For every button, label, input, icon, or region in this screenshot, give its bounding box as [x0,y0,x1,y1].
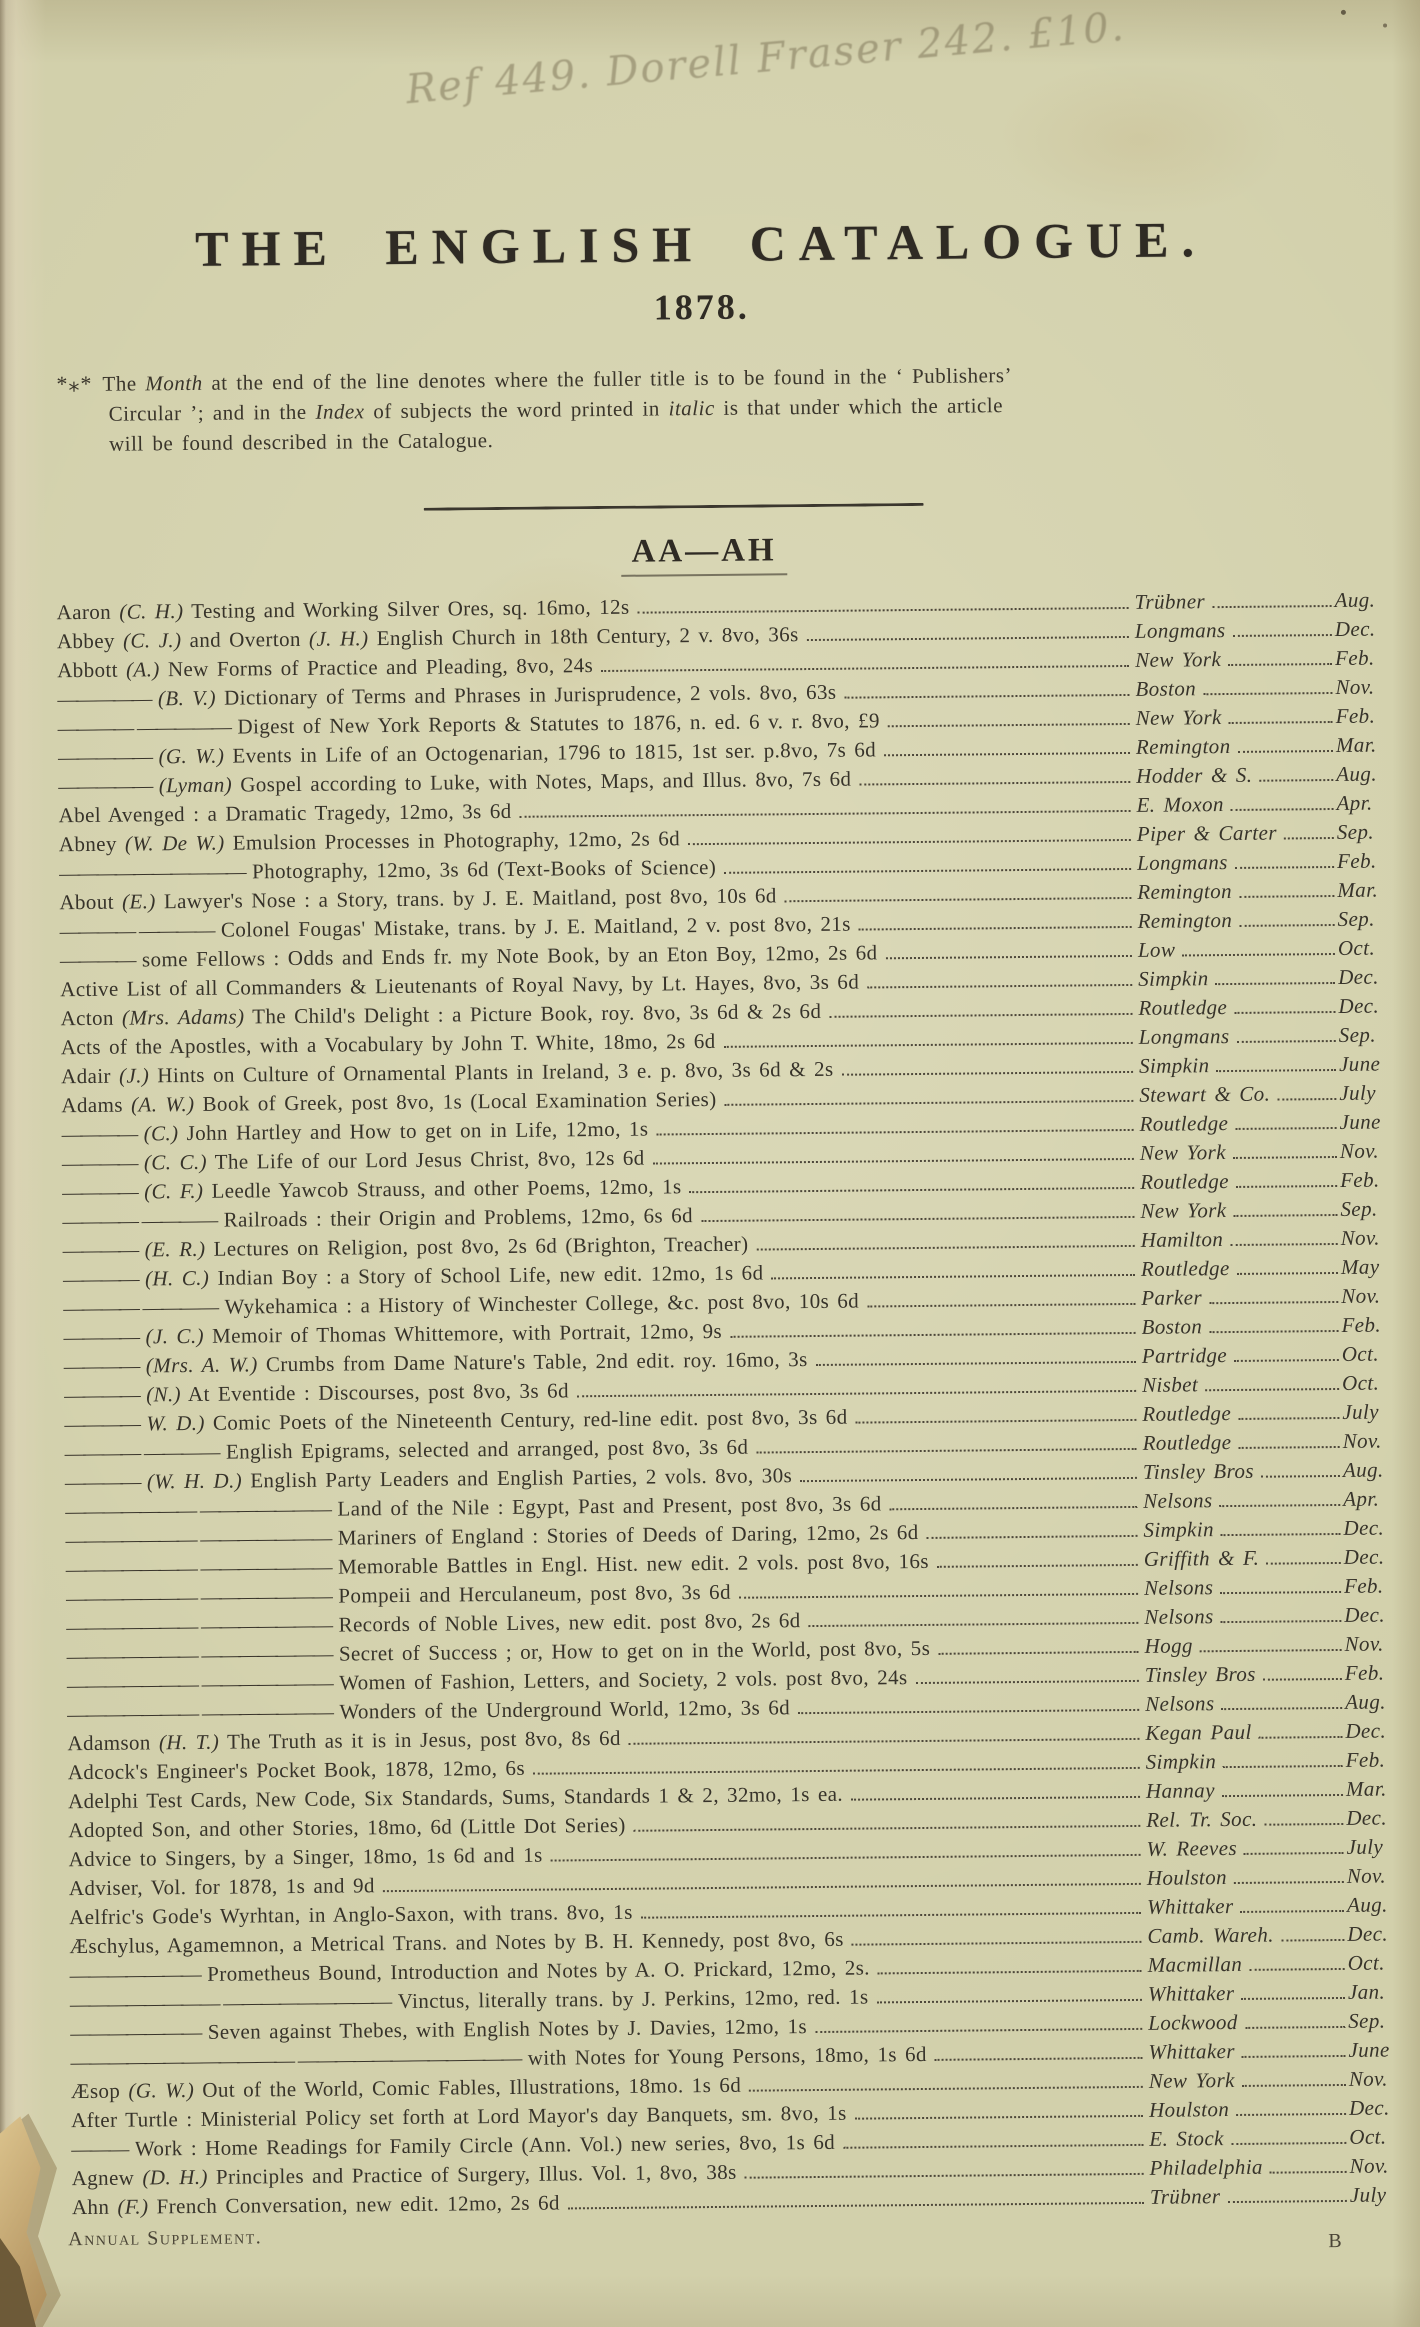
entry-publisher: New York [1135,644,1335,675]
dot-leader [601,664,1129,672]
dot-leader [1281,1938,1345,1942]
entry-dash: ——————— ——————— [66,1582,331,1614]
dot-leader [1245,2025,1345,2029]
entry-month: Sep. [1339,1020,1401,1050]
publisher-name: Macmillan [1148,1950,1243,1980]
dot-leader [1221,1706,1342,1710]
entry-dash: ———— ———— [63,1293,217,1323]
dot-leader [641,1911,1141,1919]
dot-leader [937,1563,1138,1568]
entry-month: July [1346,1832,1408,1862]
entry-publisher: Routledge [1138,992,1338,1023]
publisher-name: Nelsons [1145,1689,1215,1719]
entry-month: Oct. [1349,2122,1411,2152]
entry-title: Wykehamica : a History of Winchester Col… [224,1287,859,1322]
entry-month: May [1341,1252,1403,1282]
publisher-name: Routledge [1142,1399,1231,1429]
entry-publisher: Remington [1137,876,1337,907]
dot-leader [1264,1822,1343,1826]
dot-leader [1238,749,1333,753]
dot-leader [1237,1271,1338,1275]
entry-publisher: New York [1140,1195,1340,1226]
publisher-name: Tinsley Bros [1143,1457,1254,1487]
dot-leader [1263,1677,1342,1681]
entry-publisher: Whittaker [1148,2036,1348,2067]
publisher-name: Boston [1141,1312,1202,1342]
entry-month: Dec. [1345,1716,1407,1746]
entries-list: Aaron (C. H.) Testing and Working Silver… [56,585,1412,2222]
publisher-name: E. Moxon [1136,790,1224,820]
footer-row: Annual Supplement. [68,2215,1412,2258]
dot-leader [1231,2141,1347,2145]
dot-leader [1230,1242,1337,1246]
publisher-name: E. Stock [1149,2124,1224,2154]
dot-leader [1234,1358,1339,1362]
entry-month: Nov. [1342,1426,1404,1456]
entry-dash: ———— [64,1352,138,1382]
entry-title: Wonders of the Underground World, 12mo, … [339,1693,790,1726]
dot-leader [1231,807,1334,811]
publisher-name: Remington [1137,906,1232,936]
entry-month: Aug. [1336,759,1398,789]
divider-rule [424,503,924,511]
dot-leader [916,1679,1139,1684]
publisher-name: Nelsons [1143,1486,1213,1516]
dot-leader [1244,1851,1344,1855]
dot-leader [1222,1793,1343,1797]
dot-leader [1270,2170,1347,2174]
dot-leader [927,1534,1138,1539]
entry-dash: ——————— [70,2018,200,2048]
dot-leader [1233,633,1332,637]
entry-publisher: New York [1136,702,1336,733]
entry-dash: ———— [62,1149,136,1179]
dot-leader [1266,1561,1341,1565]
dot-leader [1249,1967,1344,1971]
entry-publisher: Parker [1141,1282,1341,1313]
dot-leader [1233,1213,1337,1217]
dot-leader [878,1969,1142,1975]
dot-leader [842,1070,1134,1076]
dot-leader [1236,1184,1337,1188]
publisher-name: New York [1136,703,1222,733]
publisher-name: Hamilton [1141,1225,1224,1255]
dot-leader [629,1737,1140,1745]
entry-publisher: Boston [1141,1311,1341,1342]
publisher-name: Camb. Wareh. [1147,1921,1274,1951]
entry-month: Sep. [1337,904,1399,934]
entry-dash: ———— [60,946,134,976]
asterism-mark: *⁎* [56,371,92,396]
entry-dash: ——————— [70,1960,200,1990]
entry-publisher: Hannay [1146,1775,1346,1806]
entry-dash: ——————— ——————— [67,1698,332,1730]
entry-month: Jan. [1348,1977,1410,2007]
dot-leader [1259,1735,1343,1739]
dot-leader [745,2172,1144,2179]
entry-publisher: Kegan Paul [1145,1717,1345,1748]
publisher-name: Rel. Tr. Soc. [1146,1805,1257,1835]
publisher-name: Griffith & F. [1144,1544,1260,1574]
dot-leader [1182,952,1335,956]
entry-dash: ————— [57,684,150,714]
entry-month: Feb. [1337,846,1399,876]
dot-leader [1238,1445,1339,1449]
publisher-name: Simpkin [1143,1515,1214,1545]
handwritten-pencil-note: Ref 449. Dorell Fraser 242. £10. [404,0,1384,113]
entry-publisher: Nelsons [1144,1572,1344,1603]
dot-leader [877,1998,1142,2004]
dot-leader [888,722,1130,727]
entry-publisher: Piper & Carter [1137,818,1337,849]
publisher-name: Houlston [1147,1863,1227,1893]
entry-month: Dec. [1346,1803,1408,1833]
entry-dash: ———— ————— [58,713,230,744]
entry-month: July [1342,1397,1404,1427]
entry-month: Feb. [1340,1165,1402,1195]
publisher-name: Nelsons [1144,1573,1214,1603]
publisher-name: New York [1140,1138,1226,1168]
dot-leader [771,1273,1135,1279]
entry-publisher: Hamilton [1141,1224,1341,1255]
entry-month: Sep. [1340,1194,1402,1224]
page-title: THE ENGLISH CATALOGUE. [0,208,1411,280]
dot-leader [520,809,1131,818]
publisher-name: Simpkin [1146,1747,1217,1777]
dot-leader [859,780,1130,786]
entry-month: Nov. [1341,1223,1403,1253]
dot-leader [843,2143,1143,2149]
entry-publisher: Routledge [1140,1166,1340,1197]
entry-dash: —————————— [59,857,244,888]
dot-leader [886,954,1132,959]
entry-publisher: Routledge [1139,1108,1339,1139]
entry-dash: ——————— ——————— [67,1669,332,1701]
dot-leader [1229,720,1333,724]
entry-publisher: Rel. Tr. Soc. [1146,1804,1346,1835]
dot-leader [859,925,1132,931]
entry-publisher: Whittaker [1148,1978,1348,2009]
entry-dash: ———— [64,1409,138,1439]
dot-leader [1284,836,1334,839]
publisher-name: Remington [1137,877,1232,907]
entry-publisher: Simpkin [1143,1514,1343,1545]
dot-leader [638,606,1129,614]
dot-leader [1220,1503,1341,1507]
dot-leader [1239,923,1334,927]
entry-publisher: E. Moxon [1136,789,1336,820]
publisher-name: Kegan Paul [1145,1718,1252,1748]
entry-dash: ———— [63,1323,137,1353]
publisher-name: Longmans [1139,1022,1230,1052]
entry-dash: ————— [58,771,151,801]
dot-leader [1221,1532,1341,1536]
ink-speck [1341,10,1346,15]
entry-month: Dec. [1344,1542,1406,1572]
entry-month: Nov. [1344,1629,1406,1659]
entry-dash: ——————— ——————— [65,1495,330,1527]
dot-leader [1277,1097,1336,1101]
entry-dash: ———— [63,1236,137,1266]
publisher-name: Tinsley Bros [1145,1660,1256,1690]
dot-leader [577,1389,1136,1397]
signature-mark: B [1328,2230,1342,2253]
publisher-name: Hogg [1144,1631,1193,1660]
entry-publisher: Stewart & Co. [1139,1079,1339,1110]
entry-publisher: Houlston [1149,2094,1349,2125]
entry-publisher: Simpkin [1138,963,1338,994]
dot-leader [1242,2083,1346,2087]
entry-month: Dec. [1344,1600,1406,1630]
entry-title: Records of Noble Lives, new edit. post 8… [338,1606,800,1639]
dot-leader [855,2114,1143,2120]
dot-leader [1238,1416,1339,1420]
dot-leader [724,1041,1133,1048]
dot-leader [807,635,1129,641]
dot-leader [785,896,1132,902]
entry-month: Dec. [1338,991,1400,1021]
dot-leader [800,1476,1137,1482]
entry-publisher: Nelsons [1143,1485,1343,1516]
entry-month: Nov. [1347,1861,1409,1891]
entry-publisher: Boston [1135,673,1335,704]
entry-publisher: Trübner [1150,2181,1350,2212]
entry-dash: ———— ———— [65,1438,219,1468]
entry-month: July [1339,1078,1401,1108]
dot-leader [829,1012,1132,1018]
entry-dash: ——————— ——————— [66,1611,331,1643]
entry-title: Ahn (F.) French Conversation, new edit. … [72,2188,560,2222]
entry-month: Dec. [1347,1919,1409,1949]
publisher-name: Longmans [1137,848,1228,878]
entry-month: July [1350,2180,1412,2210]
publisher-name: Routledge [1138,993,1227,1023]
entry-month: June [1339,1107,1401,1137]
dot-leader [890,1505,1138,1510]
entry-title: with Notes for Young Persons, 18mo, 1s 6… [528,2040,927,2073]
entry-month: Nov. [1335,672,1397,702]
publisher-name: Trübner [1150,2182,1221,2212]
dot-leader [656,1128,1133,1136]
publisher-name: Stewart & Co. [1139,1080,1270,1110]
dot-leader [851,1795,1140,1801]
entry-dash: ———— [64,1381,138,1411]
entry-month: Feb. [1345,1658,1407,1688]
dot-leader [725,1099,1134,1106]
dot-leader [856,1418,1137,1424]
entry-month: Feb. [1335,643,1397,673]
entry-month: June [1339,1049,1401,1079]
publisher-name: Philadelphia [1149,2153,1263,2183]
dot-leader [1228,662,1332,666]
entry-dash: ———— ———— [60,916,214,946]
entry-publisher: Partridge [1142,1340,1342,1371]
dot-leader [1236,2112,1346,2116]
entry-dash: ——————— ——————— [66,1553,331,1585]
entry-publisher: Low [1138,934,1338,965]
entry-month: Dec. [1335,614,1397,644]
publisher-name: Trübner [1134,587,1205,617]
dot-leader [938,1650,1138,1655]
dot-leader [724,867,1131,874]
entry-month: Feb. [1344,1571,1406,1601]
entry-dash: ———— [61,1120,135,1150]
dot-leader [1209,1329,1338,1333]
dot-leader [568,2201,1144,2210]
page-content: Ref 449. Dorell Fraser 242. £10. THE ENG… [0,0,1420,2259]
entry-publisher: Houlston [1147,1862,1347,1893]
dot-leader [1221,1619,1342,1623]
dot-leader [1241,1996,1345,2000]
entry-publisher: E. Stock [1149,2123,1349,2154]
publisher-name: Hannay [1146,1776,1215,1806]
entry-publisher: Routledge [1141,1253,1341,1284]
dot-leader [688,838,1131,845]
entry-publisher: Remington [1137,905,1337,936]
entry-month: Dec. [1349,2093,1411,2123]
entry-title: Vinctus, literally trans. by J. Perkins,… [398,1983,869,2017]
dot-leader [884,751,1130,756]
entry-month: Sep. [1337,817,1399,847]
entry-publisher: Philadelphia [1149,2152,1349,2183]
publisher-name: Whittaker [1148,2037,1235,2067]
publisher-name: Parker [1141,1283,1202,1313]
entry-month: Oct. [1342,1339,1404,1369]
dot-leader [798,1708,1139,1714]
dot-leader [749,2085,1143,2092]
dot-leader [1205,1387,1339,1391]
entry-month: Aug. [1345,1687,1407,1717]
dot-leader [809,1621,1139,1627]
publisher-name: Routledge [1141,1254,1230,1284]
entry-dash: ———————— ————————— [70,1987,390,2019]
entry-title: Photography, 12mo, 3s 6d (Text-Books of … [252,853,716,886]
entry-month: Oct. [1342,1368,1404,1398]
entry-month: Feb. [1341,1310,1403,1340]
dot-leader [1227,2199,1347,2203]
dot-leader [867,1302,1135,1308]
publisher-name: New York [1135,645,1221,675]
dot-leader [1239,894,1334,898]
entry-publisher: Griffith & F. [1144,1543,1344,1574]
dot-leader [1203,691,1332,695]
entry-title: Pompeii and Herculaneum, post 8vo, 3s 6d [338,1578,731,1611]
entry-publisher: Simpkin [1146,1746,1346,1777]
publisher-name: Boston [1135,674,1196,704]
dot-leader [1236,1039,1335,1043]
dot-leader [1242,2054,1346,2058]
entry-dash: ———— [63,1265,137,1295]
entry-publisher: Nelsons [1144,1601,1344,1632]
entry-publisher: Nisbet [1142,1369,1342,1400]
entry-publisher: Tinsley Bros [1143,1456,1343,1487]
entry-title: Adviser, Vol. for 1878, 1s and 9d [69,1871,375,1903]
publisher-name: Longmans [1135,616,1226,646]
entry-publisher: Routledge [1142,1398,1342,1429]
publisher-name: Simpkin [1139,1051,1210,1081]
entry-dash: ———— [62,1178,136,1208]
entry-title: Advice to Singers, by a Singer, 18mo, 1s… [68,1841,542,1875]
preamble-text: The Month at the end of the line denotes… [102,363,1012,456]
entry-publisher: Longmans [1135,615,1335,646]
publisher-name: Routledge [1140,1167,1229,1197]
entry-publisher: Hodder & S. [1136,760,1336,791]
footer-annual-supplement: Annual Supplement. [68,2226,262,2250]
dot-leader [1261,1474,1340,1478]
entry-month: June [1348,2035,1410,2065]
publisher-name: Simpkin [1138,964,1209,994]
entry-month: Oct. [1348,1948,1410,1978]
entry-publisher: Macmillan [1148,1949,1348,1980]
publisher-name: Remington [1136,732,1231,762]
entry-publisher: W. Reeves [1146,1833,1346,1864]
dot-leader [1234,1010,1335,1014]
publisher-name: Piper & Carter [1137,819,1277,849]
entry-dash: ——————— ——————— [65,1524,330,1556]
publisher-name: New York [1140,1196,1226,1226]
entry-month: Apr. [1336,788,1398,818]
entry-dash: ——————— ——————— [67,1640,332,1672]
entry-dash: ——— [71,2135,127,2165]
dot-leader [815,2027,1142,2033]
dot-leader [1216,981,1336,985]
entry-dash: ————— [58,742,151,772]
dot-leader [739,1592,1138,1599]
entry-publisher: Lockwood [1148,2007,1348,2038]
entry-month: Dec. [1338,962,1400,992]
dot-leader [634,1824,1141,1832]
entry-month: Feb. [1346,1745,1408,1775]
publisher-name: Routledge [1143,1428,1232,1458]
entry-month: Apr. [1343,1484,1405,1514]
entry-title: Abel Avenged : a Dramatic Tragedy, 12mo,… [58,797,511,830]
entry-publisher: Nelsons [1145,1688,1345,1719]
dot-leader [867,983,1132,989]
year-heading: 1878. [0,280,1412,334]
ink-speck [1383,23,1387,27]
publisher-name: Houlston [1149,2095,1229,2125]
entry-month: Aug. [1347,1890,1409,1920]
dot-leader [383,1882,1141,1892]
publisher-name: Nisbet [1142,1370,1198,1400]
entry-title: Adcock's Engineer's Pocket Book, 1878, 1… [68,1754,526,1787]
entry-publisher: Camb. Wareh. [1147,1920,1347,1951]
dot-leader [1234,1880,1344,1884]
entry-publisher: Trübner [1134,586,1334,617]
entry-publisher: Tinsley Bros [1145,1659,1345,1690]
entry-dash: ———— [65,1467,139,1497]
dot-leader [844,693,1129,699]
entry-title: Adamson (H. T.) The Truth as it is in Je… [67,1724,621,1758]
entry-publisher: Hogg [1144,1630,1344,1661]
dot-leader [730,1331,1136,1338]
entry-publisher: New York [1149,2065,1349,2096]
entry-month: Mar. [1346,1774,1408,1804]
entry-month: Dec. [1343,1513,1405,1543]
dot-leader [1223,1764,1343,1768]
dot-leader [1259,778,1333,782]
publisher-name: Hodder & S. [1136,761,1252,791]
entry-dash: ———— ———— [62,1206,216,1236]
entry-month: Nov. [1349,2151,1411,2181]
publisher-name: W. Reeves [1146,1834,1237,1864]
entry-publisher: Whittaker [1147,1891,1347,1922]
entry-title: Women of Fashion, Letters, and Society, … [339,1663,908,1697]
dot-leader [1200,1648,1342,1652]
entry-publisher: Longmans [1139,1021,1339,1052]
entry-title: (N.) At Eventide : Discourses, post 8vo,… [146,1376,569,1409]
book-page: Ref 449. Dorell Fraser 242. £10. THE ENG… [0,0,1420,2327]
